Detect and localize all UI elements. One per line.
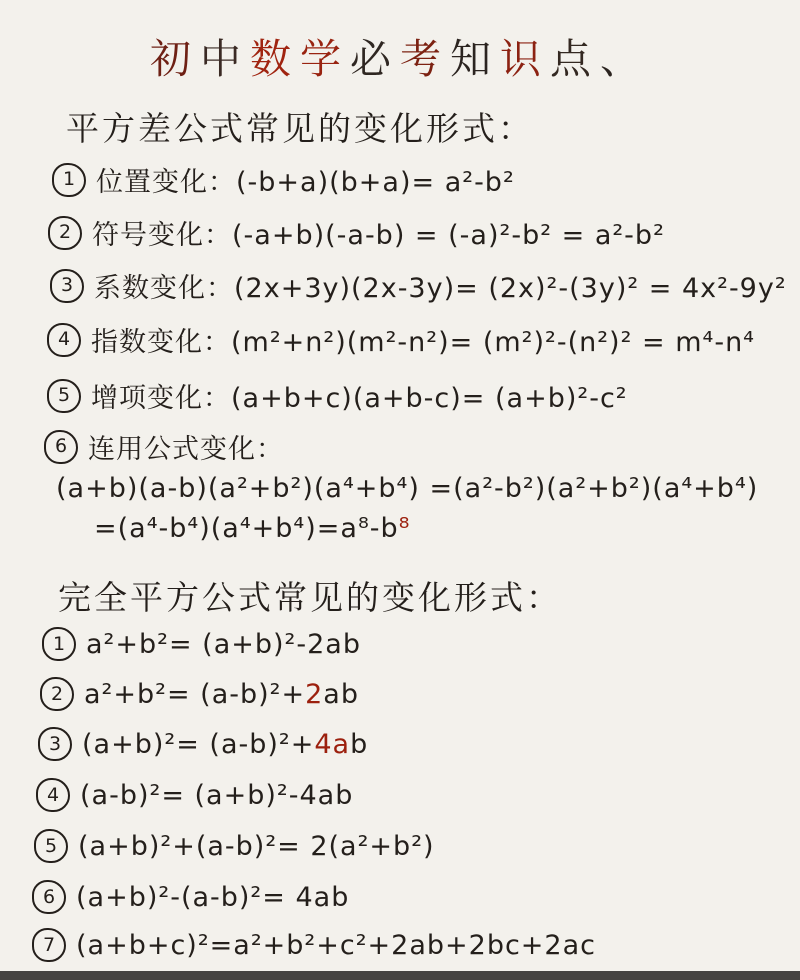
sq-diff-item-1: 1 位置变化：(-b+a)(b+a)= a²-b² [52, 160, 515, 199]
perfect-sq-item-2: 2 a²+b²= (a-b)²+2ab [40, 677, 359, 711]
ink-segment: (a+b)(a-b)(a²+b²)(a⁴+b⁴) =(a²-b²)(a²+b²)… [56, 473, 758, 504]
ink-segment: 位置变化：(-b+a)(b+a)= a²-b² [96, 160, 515, 199]
formula-text: (a+b)(a-b)(a²+b²)(a⁴+b⁴) =(a²-b²)(a²+b²)… [56, 473, 758, 504]
ink-segment: 2 [305, 679, 323, 710]
formula-text: =(a⁴-b⁴)(a⁴+b⁴)=a⁸-b⁸ [94, 513, 411, 544]
formula-text: a²+b²= (a+b)²-2ab [86, 629, 361, 660]
circled-number: 1 [52, 163, 86, 197]
formula-text: 系数变化：(2x+3y)(2x-3y)= (2x)²-(3y)² = 4x²-9… [94, 266, 787, 305]
ink-segment: (a+b+c)²=a²+b²+c²+2ab+2bc+2ac [76, 930, 596, 961]
ink-segment: 必 [350, 35, 400, 83]
perfect-sq-item-4: 4 (a-b)²= (a+b)²-4ab [36, 778, 353, 812]
sq-diff-item-3: 3 系数变化：(2x+3y)(2x-3y)= (2x)²-(3y)² = 4x²… [50, 266, 787, 305]
formula-text: 增项变化：(a+b+c)(a+b-c)= (a+b)²-c² [91, 376, 628, 415]
ink-segment: a²+b²= (a-b)²+ [84, 679, 305, 710]
circled-number: 5 [47, 379, 81, 413]
formula-text: (a+b)²= (a-b)²+4ab [82, 729, 368, 760]
formula-text: (a-b)²= (a+b)²-4ab [80, 780, 353, 811]
formula-text: 指数变化：(m²+n²)(m²-n²)= (m²)²-(n²)² = m⁴-n⁴ [91, 320, 755, 359]
ink-segment: 增项变化：(a+b+c)(a+b-c)= (a+b)²-c² [91, 376, 628, 415]
circled-number: 2 [48, 216, 82, 250]
sq-diff-item-2: 2 符号变化：(-a+b)(-a-b) = (-a)²-b² = a²-b² [48, 213, 665, 252]
perfect-sq-item-1: 1 a²+b²= (a+b)²-2ab [42, 627, 361, 661]
ink-segment: (a+b)²+(a-b)²= 2(a²+b²) [78, 831, 435, 862]
ink-segment: 符号变化：(-a+b)(-a-b) = (-a)²-b² = a²-b² [92, 213, 665, 252]
ink-segment: 知 [450, 35, 500, 83]
formula-text: 连用公式变化： [88, 427, 284, 466]
sq-diff-item-5: 5 增项变化：(a+b+c)(a+b-c)= (a+b)²-c² [47, 376, 628, 415]
circled-number: 6 [32, 880, 66, 914]
formula-text: 符号变化：(-a+b)(-a-b) = (-a)²-b² = a²-b² [92, 213, 665, 252]
ink-segment: 初 [150, 35, 200, 83]
formula-text: (a+b+c)²=a²+b²+c²+2ab+2bc+2ac [76, 930, 596, 961]
ink-segment: (a+b)²-(a-b)²= 4ab [76, 882, 349, 913]
section1-heading: 平方差公式常见的变化形式： [66, 103, 534, 150]
ink-segment: b [350, 729, 368, 760]
ink-segment: 连用公式变化： [88, 427, 284, 466]
circled-number: 7 [32, 928, 66, 962]
page-title: 初中数学必考知识点、 [0, 26, 800, 85]
ink-segment: a²+b²= (a+b)²-2ab [86, 629, 361, 660]
ink-segment: 数 [250, 35, 300, 83]
sq-diff-item-4: 4 指数变化：(m²+n²)(m²-n²)= (m²)²-(n²)² = m⁴-… [47, 320, 755, 359]
perfect-sq-item-3: 3 (a+b)²= (a-b)²+4ab [38, 727, 368, 761]
ink-segment: =(a⁴-b⁴)(a⁴+b⁴)=a⁸-b [94, 513, 399, 544]
ink-segment: 识 [500, 35, 550, 83]
circled-number: 5 [34, 829, 68, 863]
circled-number: 3 [50, 269, 84, 303]
circled-number: 2 [40, 677, 74, 711]
ink-segment: 、 [600, 35, 650, 83]
ink-segment: 指数变化：(m²+n²)(m²-n²)= (m²)²-(n²)² = m⁴-n⁴ [91, 320, 755, 359]
perfect-sq-item-6: 6 (a+b)²-(a-b)²= 4ab [32, 880, 349, 914]
ink-segment: 中 [200, 35, 250, 83]
formula-text: a²+b²= (a-b)²+2ab [84, 679, 359, 710]
photo-bottom-edge [0, 971, 800, 980]
circled-number: 3 [38, 727, 72, 761]
ink-segment: (a+b)²= (a-b)²+ [82, 729, 314, 760]
formula-text: (a+b)²-(a-b)²= 4ab [76, 882, 349, 913]
ink-segment: 点 [550, 35, 600, 83]
perfect-sq-item-5: 5 (a+b)²+(a-b)²= 2(a²+b²) [34, 829, 435, 863]
ink-segment: 系数变化：(2x+3y)(2x-3y)= (2x)²-(3y)² = 4x²-9… [94, 266, 787, 305]
circled-number: 6 [44, 430, 78, 464]
formula-text: 位置变化：(-b+a)(b+a)= a²-b² [96, 160, 515, 199]
ink-segment: ⁸ [399, 513, 411, 544]
sq-diff-item-6: 6 连用公式变化： [44, 427, 284, 466]
ink-segment: 考 [400, 35, 450, 83]
perfect-sq-item-7: 7 (a+b+c)²=a²+b²+c²+2ab+2bc+2ac [32, 928, 596, 962]
handwritten-notes-page: 初中数学必考知识点、 平方差公式常见的变化形式： 1 位置变化：(-b+a)(b… [0, 0, 800, 980]
chain-formula-line-2: =(a⁴-b⁴)(a⁴+b⁴)=a⁸-b⁸ [94, 513, 411, 544]
ink-segment: 4a [314, 729, 350, 760]
section2-heading: 完全平方公式常见的变化形式： [58, 572, 562, 619]
circled-number: 1 [42, 627, 76, 661]
ink-segment: 学 [300, 35, 350, 83]
circled-number: 4 [47, 323, 81, 357]
ink-segment: ab [323, 679, 359, 710]
formula-text: (a+b)²+(a-b)²= 2(a²+b²) [78, 831, 435, 862]
circled-number: 4 [36, 778, 70, 812]
chain-formula-line-1: (a+b)(a-b)(a²+b²)(a⁴+b⁴) =(a²-b²)(a²+b²)… [56, 473, 758, 504]
ink-segment: (a-b)²= (a+b)²-4ab [80, 780, 353, 811]
